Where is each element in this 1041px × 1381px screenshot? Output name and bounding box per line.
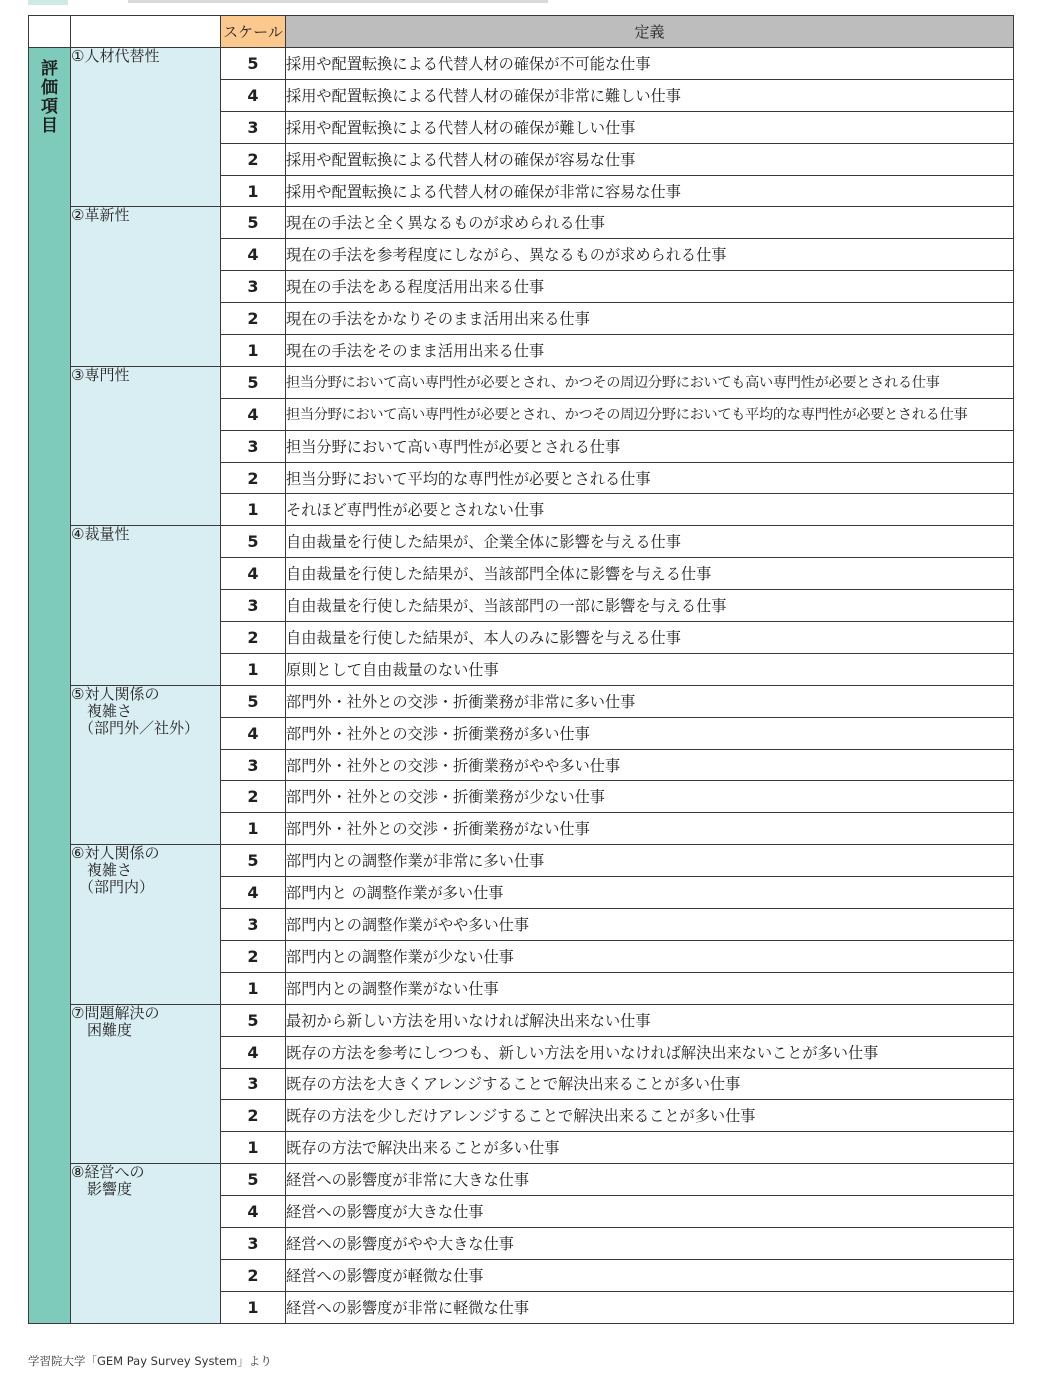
- definition-text: 経営への影響度が大きな仕事: [286, 1196, 1014, 1228]
- scale-value: 2: [221, 1100, 286, 1132]
- item-name-line: ⑧経営への: [71, 1164, 220, 1181]
- scale-value: 5: [221, 366, 286, 398]
- definition-text: 部門内との調整作業が少ない仕事: [286, 940, 1014, 972]
- table-row: ③専門性5担当分野において高い専門性が必要とされ、かつその周辺分野においても高い…: [29, 366, 1014, 398]
- item-name-cell: ①人材代替性: [71, 48, 221, 207]
- scale-value: 3: [221, 1227, 286, 1259]
- item-name-cell: ⑤対人関係の複雑さ（部門外／社外）: [71, 685, 221, 844]
- definition-text: それほど専門性が必要とされない仕事: [286, 494, 1014, 526]
- scale-value: 2: [221, 781, 286, 813]
- vertical-label: 評価項目: [41, 60, 59, 136]
- item-name-line: ①人材代替性: [71, 48, 220, 65]
- evaluation-table: スケール 定義 評価項目①人材代替性5採用や配置転換による代替人材の確保が不可能…: [28, 15, 1014, 1324]
- item-name-line: ⑦問題解決の: [71, 1005, 220, 1022]
- scale-value: 4: [221, 558, 286, 590]
- scale-value: 2: [221, 143, 286, 175]
- item-name-cell: ②革新性: [71, 207, 221, 366]
- scale-value: 2: [221, 462, 286, 494]
- definition-text: 現在の手法と全く異なるものが求められる仕事: [286, 207, 1014, 239]
- definition-text: 部門外・社外との交渉・折衝業務が多い仕事: [286, 717, 1014, 749]
- definition-text: 現在の手法をある程度活用出来る仕事: [286, 271, 1014, 303]
- scale-value: 1: [221, 653, 286, 685]
- table-row: ⑤対人関係の複雑さ（部門外／社外）5部門外・社外との交渉・折衝業務が非常に多い仕…: [29, 685, 1014, 717]
- scale-value: 4: [221, 1196, 286, 1228]
- scale-value: 1: [221, 813, 286, 845]
- definition-text: 既存の方法を少しだけアレンジすることで解決出来ることが多い仕事: [286, 1100, 1014, 1132]
- evaluation-items-label-cell: 評価項目: [29, 48, 71, 1324]
- item-name-cell: ⑧経営への影響度: [71, 1164, 221, 1323]
- item-name-line: （部門外／社外）: [71, 720, 220, 737]
- definition-text: 自由裁量を行使した結果が、当該部門全体に影響を与える仕事: [286, 558, 1014, 590]
- definition-text: 既存の方法で解決出来ることが多い仕事: [286, 1132, 1014, 1164]
- definition-text: 原則として自由裁量のない仕事: [286, 653, 1014, 685]
- scale-value: 4: [221, 79, 286, 111]
- scale-value: 2: [221, 940, 286, 972]
- definition-text: 部門外・社外との交渉・折衝業務が少ない仕事: [286, 781, 1014, 813]
- definition-text: 担当分野において高い専門性が必要とされる仕事: [286, 430, 1014, 462]
- scale-value: 3: [221, 430, 286, 462]
- item-name-cell: ③専門性: [71, 366, 221, 525]
- definition-text: 採用や配置転換による代替人材の確保が容易な仕事: [286, 143, 1014, 175]
- scale-value: 5: [221, 685, 286, 717]
- table-row: ②革新性5現在の手法と全く異なるものが求められる仕事: [29, 207, 1014, 239]
- item-name-line: ④裁量性: [71, 526, 220, 543]
- header-definition: 定義: [286, 16, 1014, 48]
- cropped-title-strip: [28, 0, 548, 6]
- item-name-cell: ⑥対人関係の複雑さ（部門内）: [71, 845, 221, 1004]
- definition-text: 自由裁量を行使した結果が、企業全体に影響を与える仕事: [286, 526, 1014, 558]
- scale-value: 1: [221, 175, 286, 207]
- definition-text: 経営への影響度が非常に軽微な仕事: [286, 1291, 1014, 1323]
- scale-value: 5: [221, 845, 286, 877]
- item-name-line: ⑤対人関係の: [71, 686, 220, 703]
- header-row: スケール 定義: [29, 16, 1014, 48]
- definition-text: 最初から新しい方法を用いなければ解決出来ない仕事: [286, 1004, 1014, 1036]
- item-name-line: ②革新性: [71, 207, 220, 224]
- definition-text: 自由裁量を行使した結果が、本人のみに影響を与える仕事: [286, 622, 1014, 654]
- header-blank-item: [71, 16, 221, 48]
- scale-value: 1: [221, 494, 286, 526]
- item-name-cell: ④裁量性: [71, 526, 221, 685]
- scale-value: 3: [221, 111, 286, 143]
- item-name-line: 複雑さ: [71, 862, 220, 879]
- table-row: ⑥対人関係の複雑さ（部門内）5部門内との調整作業が非常に多い仕事: [29, 845, 1014, 877]
- definition-text: 既存の方法を大きくアレンジすることで解決出来ることが多い仕事: [286, 1068, 1014, 1100]
- scale-value: 4: [221, 877, 286, 909]
- scale-value: 5: [221, 207, 286, 239]
- scale-value: 5: [221, 1164, 286, 1196]
- scale-value: 4: [221, 717, 286, 749]
- item-name-cell: ⑦問題解決の困難度: [71, 1004, 221, 1163]
- scale-value: 3: [221, 749, 286, 781]
- scale-value: 3: [221, 909, 286, 941]
- item-name-line: 困難度: [71, 1022, 220, 1039]
- definition-text: 部門外・社外との交渉・折衝業務がやや多い仕事: [286, 749, 1014, 781]
- definition-text: 部門内との調整作業がやや多い仕事: [286, 909, 1014, 941]
- scale-value: 4: [221, 1036, 286, 1068]
- definition-text: 採用や配置転換による代替人材の確保が非常に難しい仕事: [286, 79, 1014, 111]
- scale-value: 3: [221, 1068, 286, 1100]
- definition-text: 担当分野において高い専門性が必要とされ、かつその周辺分野においても高い専門性が必…: [286, 366, 1014, 398]
- definition-text: 現在の手法をかなりそのまま活用出来る仕事: [286, 303, 1014, 335]
- title-fragment: [128, 0, 548, 3]
- scale-value: 1: [221, 972, 286, 1004]
- definition-text: 採用や配置転換による代替人材の確保が非常に容易な仕事: [286, 175, 1014, 207]
- definition-text: 経営への影響度が軽微な仕事: [286, 1259, 1014, 1291]
- definition-text: 採用や配置転換による代替人材の確保が不可能な仕事: [286, 48, 1014, 80]
- scale-value: 2: [221, 1259, 286, 1291]
- scale-value: 1: [221, 335, 286, 367]
- header-blank-vertical: [29, 16, 71, 48]
- table-row: 評価項目①人材代替性5採用や配置転換による代替人材の確保が不可能な仕事: [29, 48, 1014, 80]
- definition-text: 現在の手法を参考程度にしながら、異なるものが求められる仕事: [286, 239, 1014, 271]
- definition-text: 経営への影響度がやや大きな仕事: [286, 1227, 1014, 1259]
- definition-text: 担当分野において高い専門性が必要とされ、かつその周辺分野においても平均的な専門性…: [286, 398, 1014, 430]
- definition-text: 部門内と の調整作業が多い仕事: [286, 877, 1014, 909]
- scale-value: 2: [221, 622, 286, 654]
- table-body: 評価項目①人材代替性5採用や配置転換による代替人材の確保が不可能な仕事4採用や配…: [29, 48, 1014, 1324]
- definition-text: 部門外・社外との交渉・折衝業務がない仕事: [286, 813, 1014, 845]
- table-row: ⑦問題解決の困難度5最初から新しい方法を用いなければ解決出来ない仕事: [29, 1004, 1014, 1036]
- definition-text: 担当分野において平均的な専門性が必要とされる仕事: [286, 462, 1014, 494]
- scale-value: 1: [221, 1291, 286, 1323]
- scale-value: 1: [221, 1132, 286, 1164]
- item-name-line: 複雑さ: [71, 703, 220, 720]
- scale-value: 2: [221, 303, 286, 335]
- table-row: ④裁量性5自由裁量を行使した結果が、企業全体に影響を与える仕事: [29, 526, 1014, 558]
- title-fragment: [28, 0, 68, 5]
- item-name-line: 影響度: [71, 1181, 220, 1198]
- definition-text: 自由裁量を行使した結果が、当該部門の一部に影響を与える仕事: [286, 590, 1014, 622]
- definition-text: 既存の方法を参考にしつつも、新しい方法を用いなければ解決出来ないことが多い仕事: [286, 1036, 1014, 1068]
- definition-text: 現在の手法をそのまま活用出来る仕事: [286, 335, 1014, 367]
- scale-value: 5: [221, 1004, 286, 1036]
- definition-text: 経営への影響度が非常に大きな仕事: [286, 1164, 1014, 1196]
- item-name-line: ③専門性: [71, 367, 220, 384]
- item-name-line: ⑥対人関係の: [71, 845, 220, 862]
- item-name-line: （部門内）: [71, 879, 220, 896]
- scale-value: 4: [221, 398, 286, 430]
- source-note: 学習院大学「GEM Pay Survey System」より: [28, 1353, 272, 1369]
- definition-text: 部門外・社外との交渉・折衝業務が非常に多い仕事: [286, 685, 1014, 717]
- scale-value: 5: [221, 48, 286, 80]
- definition-text: 部門内との調整作業がない仕事: [286, 972, 1014, 1004]
- table-row: ⑧経営への影響度5経営への影響度が非常に大きな仕事: [29, 1164, 1014, 1196]
- definition-text: 部門内との調整作業が非常に多い仕事: [286, 845, 1014, 877]
- header-scale: スケール: [221, 16, 286, 48]
- scale-value: 5: [221, 526, 286, 558]
- scale-value: 3: [221, 271, 286, 303]
- definition-text: 採用や配置転換による代替人材の確保が難しい仕事: [286, 111, 1014, 143]
- scale-value: 3: [221, 590, 286, 622]
- scale-value: 4: [221, 239, 286, 271]
